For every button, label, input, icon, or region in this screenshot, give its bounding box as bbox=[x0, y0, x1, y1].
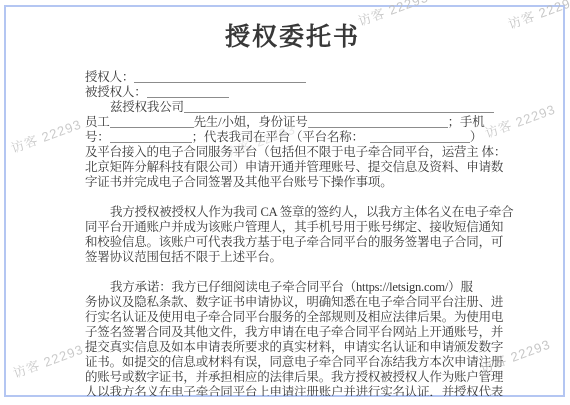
blank-field bbox=[147, 85, 229, 98]
doc-text: ） bbox=[470, 130, 482, 144]
doc-line: 兹授权我公司 bbox=[85, 100, 525, 115]
doc-text: 员工 bbox=[85, 115, 110, 129]
blank-field bbox=[370, 130, 470, 143]
blank-field bbox=[110, 130, 192, 143]
doc-line: 字证书并完成电子合同签署及其他平台账号下操作事项。 bbox=[85, 175, 500, 190]
doc-text: 我方授权被授权人作为我司 CA 签章的签约人，以我方主体名义在电子牵合 bbox=[110, 205, 513, 219]
doc-line: 人以我方名义在电子牵合同平台上申请注册账户并进行实名认证，并授权代表 bbox=[85, 385, 500, 396]
doc-text: 我方承诺：我方已仔细阅读电子牵合同平台（https://letsign.com/… bbox=[110, 280, 473, 294]
blank-field bbox=[184, 100, 494, 113]
blank-field bbox=[134, 70, 306, 83]
doc-text: 的账号或数字证书，并承担相应的法律后果。我方授权被授权人作为账户管理 bbox=[85, 370, 503, 384]
doc-line: 的账号或数字证书，并承担相应的法律后果。我方授权被授权人作为账户管理 bbox=[85, 370, 500, 385]
blank-field bbox=[110, 115, 194, 128]
doc-line: 号：；代表我司在平台（平台名称： ） bbox=[85, 130, 500, 145]
doc-text: 行实名认证及使用电子牵合同平台服务的全部规则及相应法律后果。为使用电 bbox=[85, 310, 503, 324]
doc-line: 证书。如提交的信息或材料有误，同意电子牵合同平台冻结我方本次申请注册 bbox=[85, 355, 500, 370]
doc-line: 务协议及隐私条款、数字证书申请协议，明确知悉在电子牵合同平台注册、进 bbox=[85, 295, 500, 310]
doc-line: 北京矩阵分解科技有限公司）申请开通并管理账号、提交信息及资料、申请数 bbox=[85, 160, 500, 175]
doc-text: 同平台开通账户并成为该账户管理人，其手机号用于账号绑定、接收短信通知 bbox=[85, 220, 503, 234]
doc-line: 及平台接入的电子合同服务平台（包括但不限于电子牵合同平台，运营主 体： bbox=[85, 145, 500, 160]
doc-text: 号： bbox=[85, 130, 110, 144]
doc-text: 提交真实信息及如本申请表所要求的真实材料，申请实名认证和申请颁发数字 bbox=[85, 340, 503, 354]
page: 授权委托书 授权人：被授权人：兹授权我公司员工先生/小姐，身份证号；手机号：；代… bbox=[6, 7, 563, 396]
document-title: 授权委托书 bbox=[85, 17, 500, 53]
doc-text: 子签名签署合同及其他文件，我方申请在电子牵合同平台网站上开通账号，并 bbox=[85, 325, 503, 339]
doc-text: 签署协议范围包括不限于上述平台。 bbox=[85, 250, 282, 264]
doc-text: 北京矩阵分解科技有限公司）申请开通并管理账号、提交信息及资料、申请数 bbox=[85, 160, 503, 174]
doc-text: 证书。如提交的信息或材料有误，同意电子牵合同平台冻结我方本次申请注册 bbox=[85, 355, 503, 369]
doc-line: 我方授权被授权人作为我司 CA 签章的签约人，以我方主体名义在电子牵合 bbox=[85, 205, 525, 220]
blank-field bbox=[308, 115, 448, 128]
doc-text: 字证书并完成电子合同签署及其他平台账号下操作事项。 bbox=[85, 175, 393, 189]
doc-line: 行实名认证及使用电子牵合同平台服务的全部规则及相应法律后果。为使用电 bbox=[85, 310, 500, 325]
doc-line: 同平台开通账户并成为该账户管理人，其手机号用于账号绑定、接收短信通知 bbox=[85, 220, 500, 235]
doc-text: 兹授权我公司 bbox=[110, 100, 184, 114]
doc-line: 被授权人： bbox=[85, 85, 500, 100]
doc-text: 务协议及隐私条款、数字证书申请协议，明确知悉在电子牵合同平台注册、进 bbox=[85, 295, 503, 309]
doc-line: 员工先生/小姐，身份证号；手机 bbox=[85, 115, 500, 130]
doc-line: 提交真实信息及如本申请表所要求的真实材料，申请实名认证和申请颁发数字 bbox=[85, 340, 500, 355]
doc-text: 先生/小姐，身份证号 bbox=[194, 115, 308, 129]
doc-line: 授权人： bbox=[85, 70, 500, 85]
doc-text: 人以我方名义在电子牵合同平台上申请注册账户并进行实名认证，并授权代表 bbox=[85, 385, 503, 396]
doc-line: 和校验信息。该账户可代表我方基于电子牵合同平台的服务签署电子合同，可 bbox=[85, 235, 500, 250]
document-content: 授权委托书 授权人：被授权人：兹授权我公司员工先生/小姐，身份证号；手机号：；代… bbox=[85, 7, 500, 396]
doc-text: 被授权人： bbox=[85, 85, 147, 99]
doc-text: 及平台接入的电子合同服务平台（包括但不限于电子牵合同平台，运营主 体： bbox=[85, 145, 506, 159]
document-viewer: 授权委托书 授权人：被授权人：兹授权我公司员工先生/小姐，身份证号；手机号：；代… bbox=[0, 0, 570, 405]
doc-text: 和校验信息。该账户可代表我方基于电子牵合同平台的服务签署电子合同，可 bbox=[85, 235, 503, 249]
doc-text: ；代表我司在平台（平台名称： bbox=[192, 130, 370, 144]
doc-line: 签署协议范围包括不限于上述平台。 bbox=[85, 250, 500, 265]
doc-text: 授权人： bbox=[85, 70, 134, 84]
doc-line: 子签名签署合同及其他文件，我方申请在电子牵合同平台网站上开通账号，并 bbox=[85, 325, 500, 340]
doc-text: ；手机 bbox=[448, 115, 485, 129]
doc-line: 我方承诺：我方已仔细阅读电子牵合同平台（https://letsign.com/… bbox=[85, 280, 525, 295]
